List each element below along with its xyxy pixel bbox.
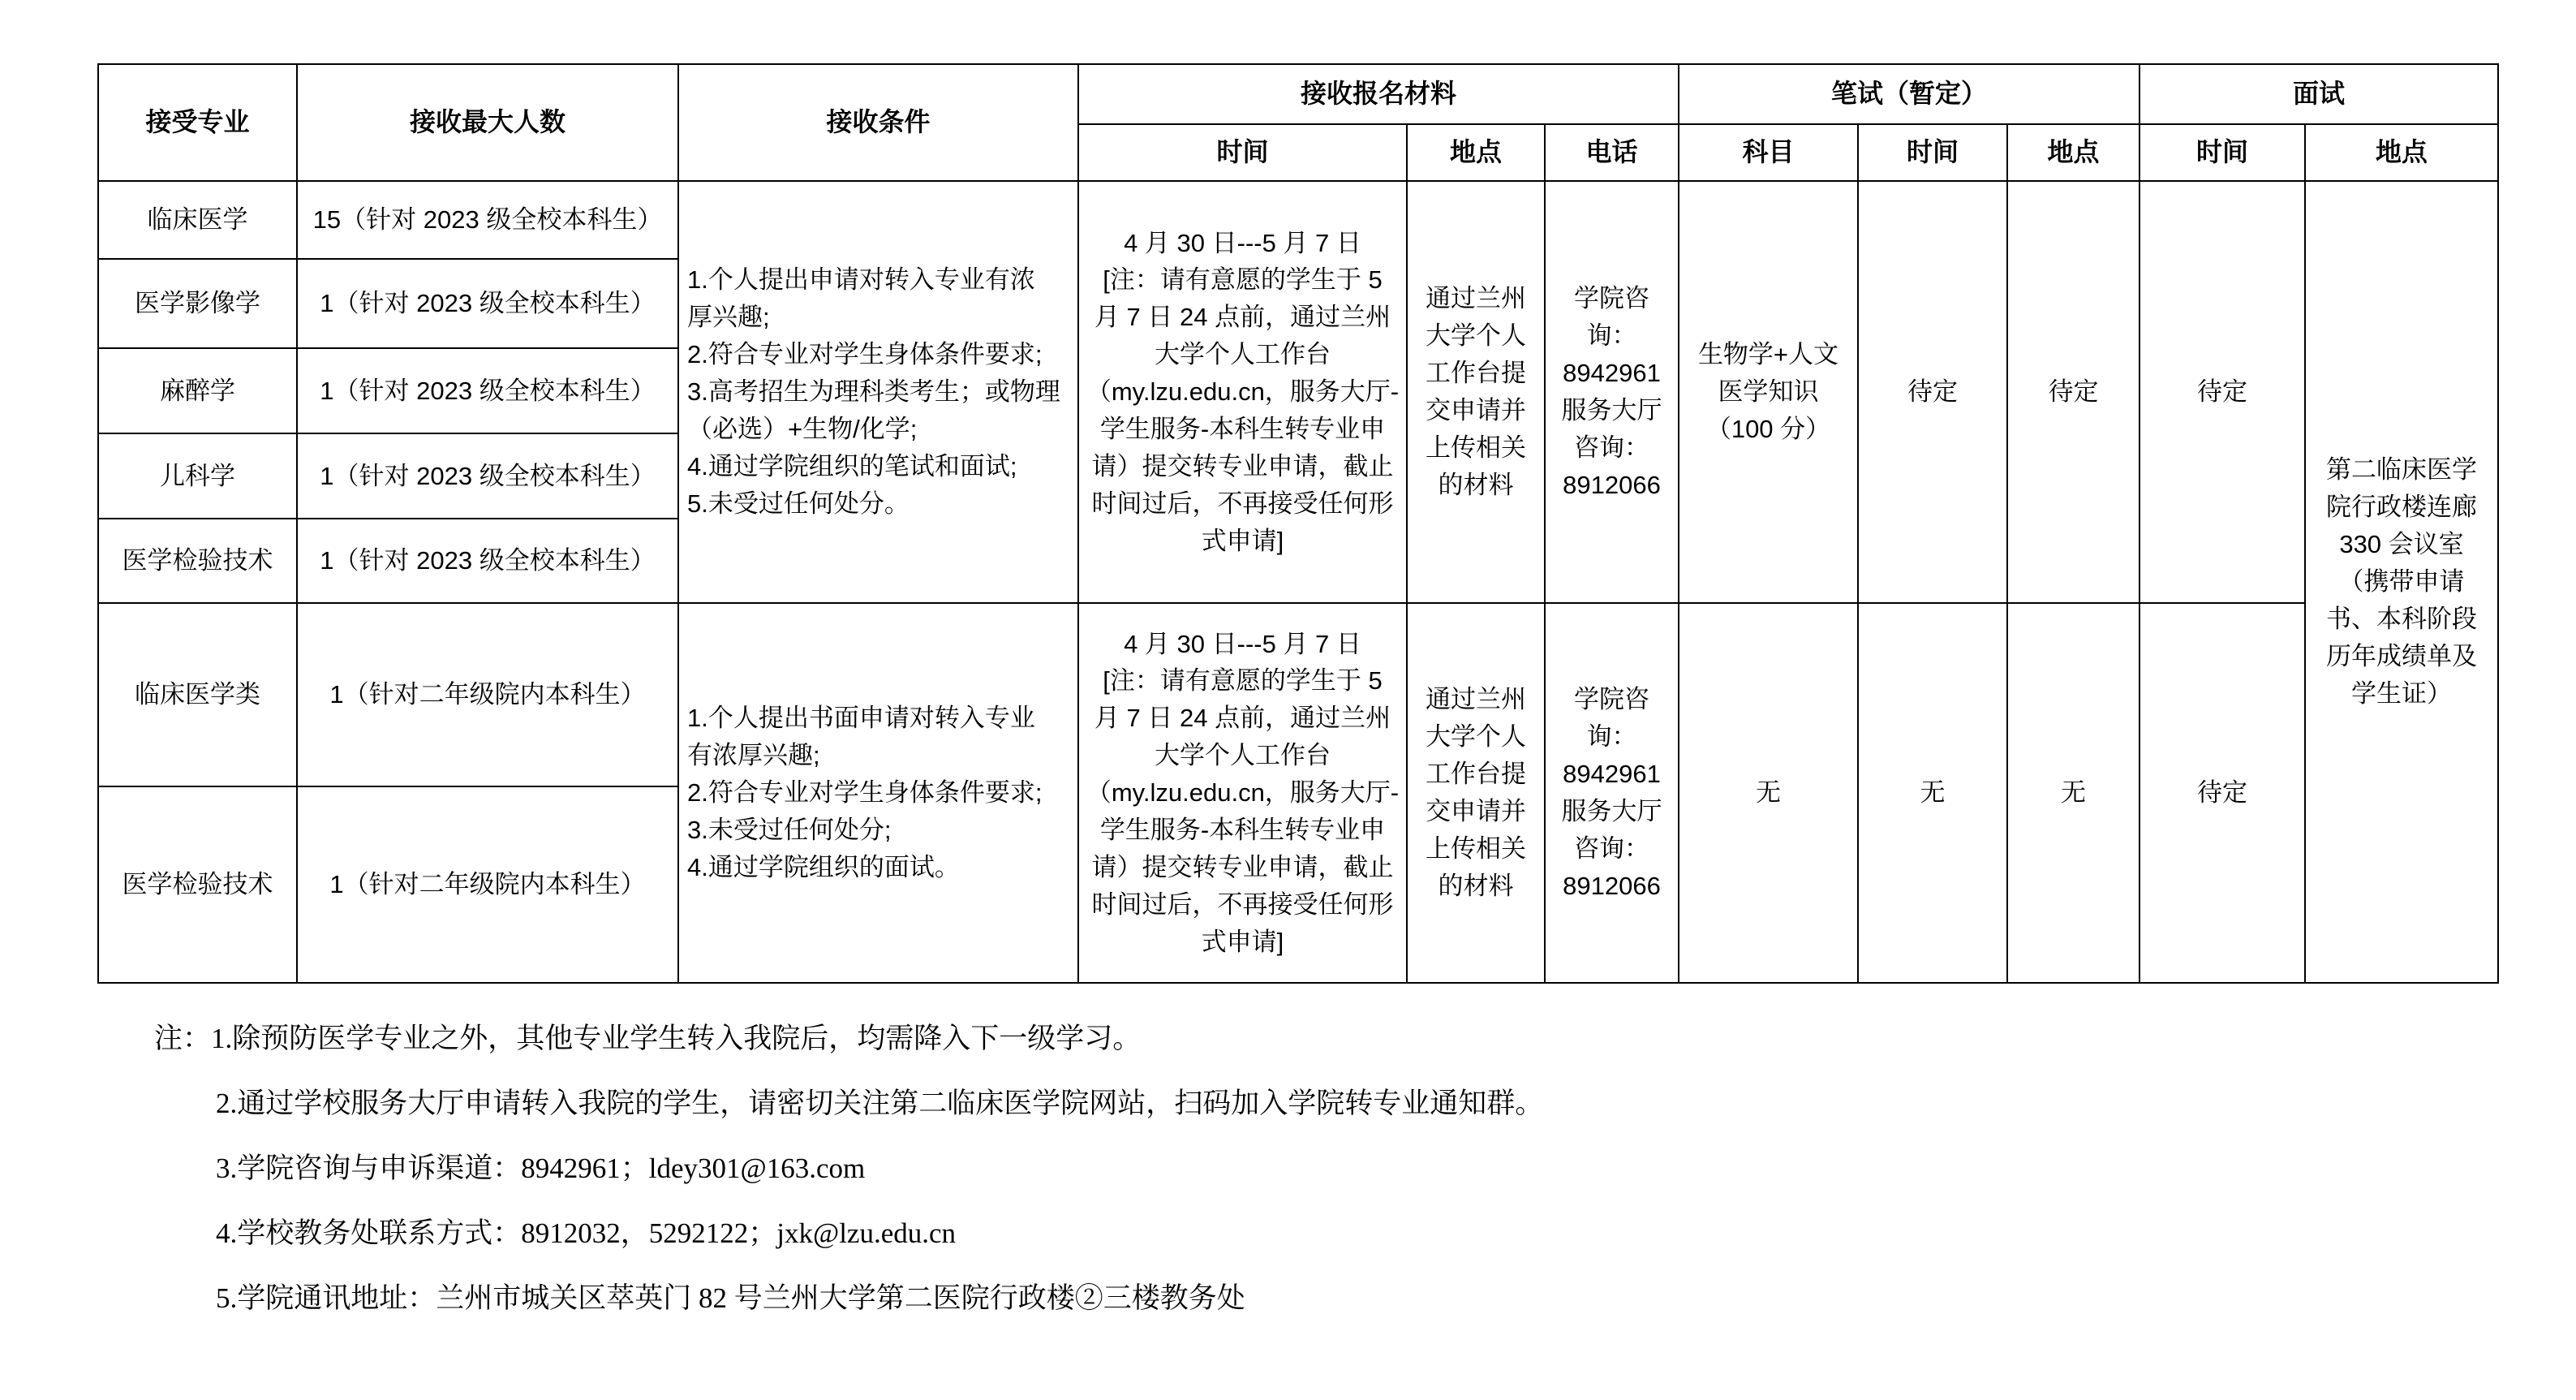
written-subject-group2: 无 bbox=[1679, 603, 1858, 983]
header-interview-group: 面试 bbox=[2139, 64, 2498, 124]
major-name: 临床医学 bbox=[98, 181, 297, 259]
note-line-1: 注：1.除预防医学专业之外，其他专业学生转入我院后，均需降入下一级学习。 bbox=[154, 1021, 2507, 1057]
written-place-group2: 无 bbox=[2007, 603, 2139, 983]
max-count: 15（针对 2023 级全校本科生） bbox=[297, 181, 678, 259]
header-interview-time: 时间 bbox=[2139, 124, 2305, 181]
major-name: 医学影像学 bbox=[98, 259, 297, 348]
max-count: 1（针对 2023 级全校本科生） bbox=[297, 259, 678, 348]
max-count: 1（针对 2023 级全校本科生） bbox=[297, 433, 678, 519]
header-written-place: 地点 bbox=[2007, 124, 2139, 181]
interview-place-cell: 第二临床医学 院行政楼连廊 330 会议室 （携带申请 书、本科阶段 历年成绩单… bbox=[2305, 181, 2498, 983]
header-accept-major: 接受专业 bbox=[98, 64, 297, 181]
conditions-group2: 1.个人提出书面申请对转入专业 有浓厚兴趣; 2.符合专业对学生身体条件要求; … bbox=[678, 603, 1078, 983]
apply-time-group2: 4 月 30 日---5 月 7 日 [注：请有意愿的学生于 5 月 7 日 2… bbox=[1078, 603, 1407, 983]
written-place-group1: 待定 bbox=[2007, 181, 2139, 603]
max-count: 1（针对 2023 级全校本科生） bbox=[297, 519, 678, 603]
header-materials-place: 地点 bbox=[1407, 124, 1545, 181]
header-materials-group: 接收报名材料 bbox=[1078, 64, 1679, 124]
note-line-4: 4.学校教务处联系方式：8912032，5292122；jxk@lzu.edu.… bbox=[154, 1216, 2507, 1251]
major-name: 麻醉学 bbox=[98, 348, 297, 433]
max-count: 1（针对二年级院内本科生） bbox=[297, 603, 678, 786]
interview-time-group1: 待定 bbox=[2139, 181, 2305, 603]
table-row: 临床医学类 1（针对二年级院内本科生） 1.个人提出书面申请对转入专业 有浓厚兴… bbox=[98, 603, 2498, 786]
header-written-time: 时间 bbox=[1858, 124, 2007, 181]
header-written-subject: 科目 bbox=[1679, 124, 1858, 181]
note-line-3: 3.学院咨询与申诉渠道：8942961；ldey301@163.com bbox=[154, 1151, 2507, 1187]
note-line-5: 5.学院通讯地址：兰州市城关区萃英门 82 号兰州大学第二医院行政楼②三楼教务处 bbox=[154, 1281, 2507, 1316]
header-conditions: 接收条件 bbox=[678, 64, 1078, 181]
apply-phone-group1: 学院咨询： 8942961 服务大厅 咨询： 8912066 bbox=[1545, 181, 1679, 603]
document-page: 接受专业 接收最大人数 接收条件 接收报名材料 笔试（暂定） 面试 时间 地点 … bbox=[0, 0, 2576, 1400]
written-subject-group1: 生物学+人文 医学知识 （100 分） bbox=[1679, 181, 1858, 603]
max-count: 1（针对二年级院内本科生） bbox=[297, 786, 678, 983]
major-name: 医学检验技术 bbox=[98, 519, 297, 603]
major-name: 医学检验技术 bbox=[98, 786, 297, 983]
major-transfer-table: 接受专业 接收最大人数 接收条件 接收报名材料 笔试（暂定） 面试 时间 地点 … bbox=[97, 63, 2499, 984]
apply-time-group1: 4 月 30 日---5 月 7 日 [注：请有意愿的学生于 5 月 7 日 2… bbox=[1078, 181, 1407, 603]
max-count: 1（针对 2023 级全校本科生） bbox=[297, 348, 678, 433]
header-interview-place: 地点 bbox=[2305, 124, 2498, 181]
written-time-group2: 无 bbox=[1858, 603, 2007, 983]
conditions-group1: 1.个人提出申请对转入专业有浓 厚兴趣; 2.符合专业对学生身体条件要求; 3.… bbox=[678, 181, 1078, 603]
apply-place-group1: 通过兰州 大学个人 工作台提 交申请并 上传相关 的材料 bbox=[1407, 181, 1545, 603]
major-name: 临床医学类 bbox=[98, 603, 297, 786]
header-max-count: 接收最大人数 bbox=[297, 64, 678, 181]
apply-place-group2: 通过兰州 大学个人 工作台提 交申请并 上传相关 的材料 bbox=[1407, 603, 1545, 983]
header-written-group: 笔试（暂定） bbox=[1679, 64, 2139, 124]
footnotes: 注：1.除预防医学专业之外，其他专业学生转入我院后，均需降入下一级学习。 2.通… bbox=[154, 1021, 2507, 1346]
interview-time-group2: 待定 bbox=[2139, 603, 2305, 983]
written-time-group1: 待定 bbox=[1858, 181, 2007, 603]
table-row: 临床医学 15（针对 2023 级全校本科生） 1.个人提出申请对转入专业有浓 … bbox=[98, 181, 2498, 259]
note-line-2: 2.通过学校服务大厅申请转入我院的学生，请密切关注第二临床医学院网站，扫码加入学… bbox=[154, 1086, 2507, 1122]
apply-phone-group2: 学院咨询： 8942961 服务大厅 咨询： 8912066 bbox=[1545, 603, 1679, 983]
major-name: 儿科学 bbox=[98, 433, 297, 519]
header-materials-time: 时间 bbox=[1078, 124, 1407, 181]
header-materials-phone: 电话 bbox=[1545, 124, 1679, 181]
